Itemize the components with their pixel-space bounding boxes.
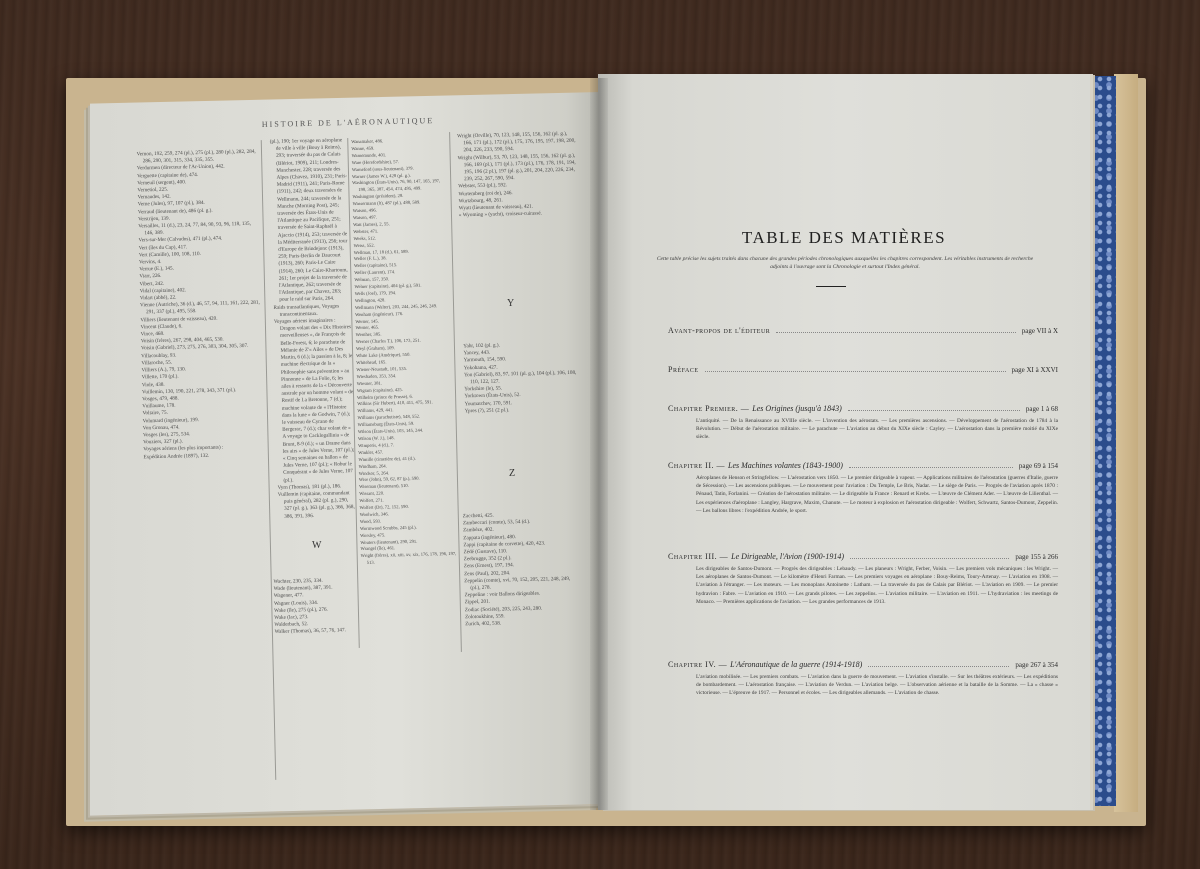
page-range: page 1 à 68	[1026, 405, 1058, 413]
page-range: page XI à XXVI	[1012, 366, 1058, 374]
chapter-summary: L'aviation mobilisée. — Les premiers com…	[696, 673, 1058, 698]
toc-entry-chapter-3: Chapitre III. — Le Dirigeable, l'Avion (…	[668, 552, 1058, 606]
toc-entry-preface: Préface page XI à XXVI	[668, 365, 1058, 374]
letter-heading-w: W	[312, 540, 321, 551]
toc-introduction: Cette table précise les sujets traités d…	[650, 255, 1040, 271]
index-column-wright: Wright (Orville), 70, 123, 148, 155, 156…	[457, 131, 579, 220]
entry-label: Avant-propos de l'éditeur	[668, 326, 770, 335]
book-gutter	[590, 78, 608, 810]
entry-label: Chapitre Premier. —	[668, 404, 749, 413]
index-column-z: Zacchetti, 425. Zambeccari (comte), 53, …	[463, 511, 581, 629]
index-column-v: Vernon, 192, 259, 274 (pl.), 275 (pl.), …	[137, 149, 266, 461]
page-title: TABLE DES MATIÈRES	[598, 228, 1090, 248]
index-column-w-start: Wachter, 230, 235, 334. Wade (lieutenant…	[273, 577, 354, 636]
page-range: page 267 à 354	[1015, 661, 1058, 669]
page-range: page VII à X	[1022, 327, 1058, 335]
chapter-subtitle: Les Origines (jusqu'à 1843)	[752, 404, 842, 413]
chapter-subtitle: Le Dirigeable, l'Avion (1900-1914)	[731, 552, 844, 561]
chapter-summary: L'antiquité. — De la Renaissance au XVII…	[696, 417, 1058, 442]
leader-dots	[705, 371, 1006, 372]
entry-label: Chapitre II. —	[668, 461, 725, 470]
leader-dots	[850, 558, 1009, 559]
toc-entry-avant-propos: Avant-propos de l'éditeur page VII à X	[668, 326, 1058, 335]
toc-entry-chapter-2: Chapitre II. — Les Machines volantes (18…	[668, 461, 1058, 515]
page-range: page 69 à 154	[1019, 462, 1058, 470]
right-page-toc	[598, 74, 1090, 810]
marbled-endpaper	[1088, 76, 1116, 806]
title-divider	[816, 286, 846, 287]
toc-entry-chapter-1: Chapitre Premier. — Les Origines (jusqu'…	[668, 404, 1058, 442]
index-column-voyages: (pl.), 190; 1er voyage en aéroplane de v…	[270, 137, 357, 520]
page-range: page 155 à 266	[1015, 553, 1058, 561]
chapter-summary: Aéroplanes de Henson et Stringfellow. — …	[696, 474, 1058, 515]
book-board-edge	[1114, 74, 1138, 812]
index-column-y: Yahr, 102 (pl. g.). Yancey, 443. Yarmout…	[463, 341, 580, 416]
chapter-subtitle: Les Machines volantes (1843-1900)	[728, 461, 843, 470]
index-column-w: Wanamaker, 486. Wanne, 459. Warnemunde, …	[351, 137, 457, 567]
chapter-summary: Les dirigeables de Santos-Dumont. — Prog…	[696, 565, 1058, 606]
letter-heading-y: Y	[507, 298, 514, 309]
toc-entry-chapter-4: Chapitre IV. — L'Aéronautique de la guer…	[668, 660, 1058, 698]
entry-label: Préface	[668, 365, 699, 374]
leader-dots	[868, 666, 1009, 667]
leader-dots	[849, 467, 1013, 468]
leader-dots	[848, 410, 1020, 411]
entry-label: Chapitre IV. —	[668, 660, 727, 669]
letter-heading-z: Z	[509, 468, 515, 479]
chapter-subtitle: L'Aéronautique de la guerre (1914-1918)	[730, 660, 862, 669]
leader-dots	[776, 332, 1016, 333]
entry-label: Chapitre III. —	[668, 552, 728, 561]
